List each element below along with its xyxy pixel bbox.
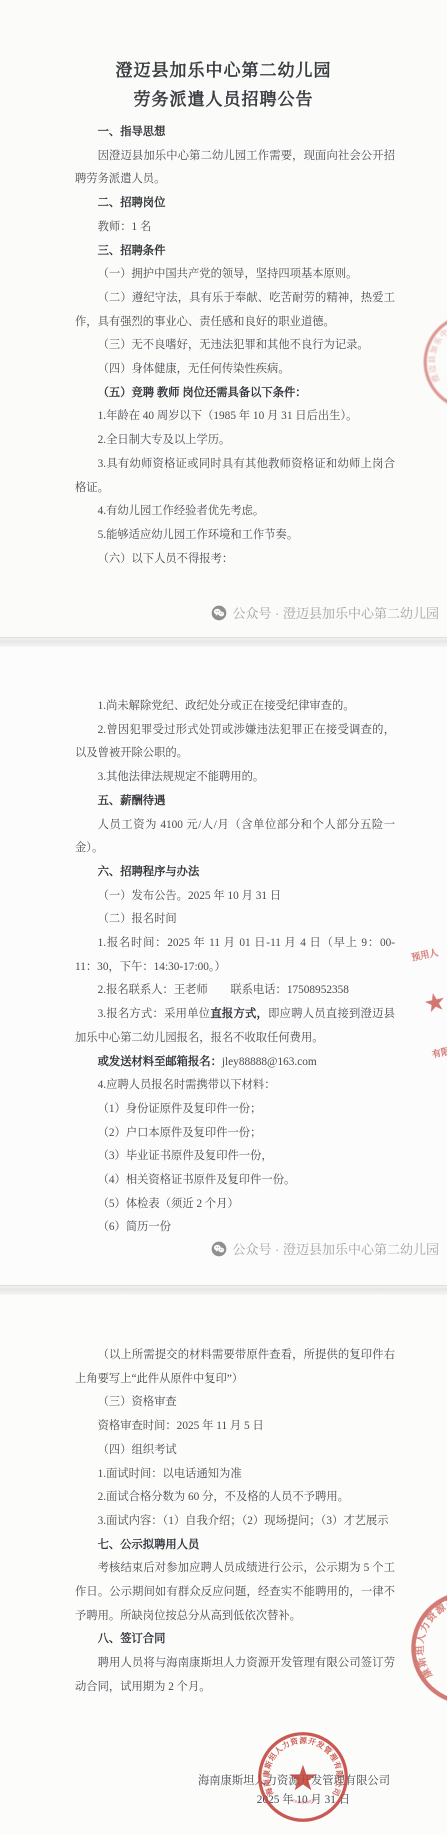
signature-date: 2025 年 10 月 31 日 bbox=[257, 1788, 350, 1812]
paragraph: （1）身份证原件及复印件一份； bbox=[75, 1098, 395, 1122]
page-1-content: 一、指导思想因澄迈县加乐中心第二幼儿园工作需要，现面向社会公开招聘劳务派遣人员。… bbox=[75, 121, 395, 571]
paragraph: （二）报名时间 bbox=[75, 908, 395, 932]
paragraph: （一）拥护中国共产党的领导，坚持四项基本原则。 bbox=[75, 263, 395, 287]
wechat-icon bbox=[211, 605, 227, 621]
svg-text:康斯坦人力资源开发管理有限公司: 康斯坦人力资源开发管理有限公司 bbox=[406, 1586, 447, 1682]
section-heading: 二、招聘岗位 bbox=[75, 192, 395, 216]
page-3: （以上所需提交的材料需要带原件查看，所提供的复印件右上角要写上“此件从原件中复印… bbox=[0, 1295, 447, 1835]
document-title: 澄迈县加乐中心第二幼儿园 劳务派遣人员招聘公告 bbox=[0, 0, 447, 114]
partial-seal-icon: 康斯坦人力资源开发管理有限公司 bbox=[398, 1578, 447, 1718]
page-break bbox=[0, 637, 447, 647]
paragraph: （一）发布公告。2025 年 10 月 31 日 bbox=[75, 885, 395, 909]
watermark-text: 公众号 · 澄迈县加乐中心第二幼儿园 bbox=[232, 1239, 439, 1258]
paragraph: （四）组织考试 bbox=[75, 1439, 395, 1463]
recruitment-announcement-document: 澄迈县加乐中心第二幼儿园 劳务派遣人员招聘公告 一、指导思想因澄迈县加乐中心第二… bbox=[0, 0, 447, 1835]
paragraph: 3.具有幼师资格证或同时具有其他教师资格证和幼师上岗合格证。 bbox=[75, 453, 395, 500]
section-heading: 五、薪酬待遇 bbox=[75, 790, 395, 814]
paragraph: （四）身体健康，无任何传染性疾病。 bbox=[75, 358, 395, 382]
star-icon: ★ bbox=[423, 991, 446, 1015]
paragraph: 5.能够适应幼儿园工作环境和工作节奏。 bbox=[75, 524, 395, 548]
page-2-content: 1.尚未解除党纪、政纪处分或正在接受纪律审查的。2.曾因犯罪受过形式处罚或涉嫌违… bbox=[75, 647, 395, 1240]
paragraph: （5）体检表（须近 2 个月） bbox=[75, 1193, 395, 1217]
paragraph: 教师：1 名 bbox=[75, 216, 395, 240]
paragraph: 人员工资为 4100 元/人/月（含单位部分和个人部分五险一金）。 bbox=[75, 814, 395, 861]
watermark-page-2: 公众号 · 澄迈县加乐中心第二幼儿园 bbox=[211, 1239, 439, 1258]
partial-seal-icon: 澄迈县加乐中心第二幼儿园 bbox=[420, 310, 447, 414]
paragraph: 2.报名联系人：王老师 联系电话：17508952358 bbox=[75, 979, 395, 1003]
section-heading: 六、招聘程序与办法 bbox=[75, 861, 395, 885]
paragraph: 或发送材料至邮箱报名：jley88888@163.com bbox=[75, 1051, 395, 1075]
paragraph: 2.全日制大专及以上学历。 bbox=[75, 429, 395, 453]
page-1: 澄迈县加乐中心第二幼儿园 劳务派遣人员招聘公告 一、指导思想因澄迈县加乐中心第二… bbox=[0, 0, 447, 637]
paragraph: （二）遵纪守法，具有乐于奉献、吃苦耐劳的精神，热爱工作，具有强烈的事业心、责任感… bbox=[75, 287, 395, 334]
paragraph: （以上所需提交的材料需要带原件查看，所提供的复印件右上角要写上“此件从原件中复印… bbox=[75, 1344, 395, 1391]
paragraph: 资格审查时间：2025 年 11 月 5 日 bbox=[75, 1415, 395, 1439]
watermark-text: 公众号 · 澄迈县加乐中心第二幼儿园 bbox=[232, 603, 439, 622]
page-2: 1.尚未解除党纪、政纪处分或正在接受纪律审查的。2.曾因犯罪受过形式处罚或涉嫌违… bbox=[0, 647, 447, 1285]
section-heading: 七、公示拟聘用人员 bbox=[75, 1534, 395, 1558]
section-heading: 一、指导思想 bbox=[75, 121, 395, 145]
paragraph: 1.尚未解除党纪、政纪处分或正在接受纪律审查的。 bbox=[75, 695, 395, 719]
section-heading: 八、签订合同 bbox=[75, 1628, 395, 1652]
watermark-page-1: 公众号 · 澄迈县加乐中心第二幼儿园 bbox=[211, 603, 439, 622]
paragraph: （六）以下人员不得报考： bbox=[75, 548, 395, 572]
paragraph: 1.年龄在 40 周岁以下（1985 年 10 月 31 日后出生）。 bbox=[75, 405, 395, 429]
paragraph: 1.报名时间：2025 年 11 月 01 日-11 月 4 日（早上 9：00… bbox=[75, 932, 395, 979]
seal-ring-text: 康斯坦人力资源开发管理有限公司 bbox=[406, 1586, 447, 1682]
paragraph: 3.报名方式：采用单位直报方式，即应聘人员直接到澄迈县加乐中心第二幼儿园报名，报… bbox=[75, 1003, 395, 1050]
partial-seal-icon: 预用人 ★ 有限公 bbox=[404, 944, 447, 1062]
seal-ring-text: 澄迈县加乐中心第二幼儿园 bbox=[427, 317, 447, 384]
paragraph: 考核结束后对参加应聘人员成绩进行公示，公示期为 5 个工作日。公示期间如有群众反… bbox=[75, 1557, 395, 1628]
paragraph: 1.面试时间：以电话通知为准 bbox=[75, 1463, 395, 1487]
paragraph: 2.面试合格分数为 60 分，不及格的人员不予聘用。 bbox=[75, 1486, 395, 1510]
seal-text-fragment: 预用人 bbox=[410, 945, 439, 963]
paragraph: （6）简历一份 bbox=[75, 1216, 395, 1240]
paragraph: 2.曾因犯罪受过形式处罚或涉嫌违法犯罪正在接受调查的，以及曾被开除公职的。 bbox=[75, 719, 395, 766]
paragraph: （3）毕业证书原件及复印件一份， bbox=[75, 1145, 395, 1169]
title-line-1: 澄迈县加乐中心第二幼儿园 bbox=[0, 56, 447, 85]
paragraph: 3.其他法律法规规定不能聘用的。 bbox=[75, 766, 395, 790]
paragraph: 3.面试内容：（1）自我介绍；（2）现场提问；（3）才艺展示 bbox=[75, 1510, 395, 1534]
paragraph: 4.有幼儿园工作经验者优先考虑。 bbox=[75, 500, 395, 524]
paragraph: （五）竞聘 教师 岗位还需具备以下条件： bbox=[75, 382, 395, 406]
page-3-content: （以上所需提交的材料需要带原件查看，所提供的复印件右上角要写上“此件从原件中复印… bbox=[75, 1295, 395, 1700]
section-heading: 三、招聘条件 bbox=[75, 240, 395, 264]
paragraph: 因澄迈县加乐中心第二幼儿园工作需要，现面向社会公开招聘劳务派遣人员。 bbox=[75, 145, 395, 192]
wechat-icon bbox=[211, 1241, 227, 1257]
seal-text-fragment: 有限公 bbox=[431, 1042, 447, 1060]
paragraph: （4）相关资格证书原件及复印件一份。 bbox=[75, 1169, 395, 1193]
page-break bbox=[0, 1285, 447, 1295]
paragraph: 4.应聘人员报名时需携带以下材料： bbox=[75, 1074, 395, 1098]
paragraph: 聘用人员将与海南康斯坦人力资源开发管理有限公司签订劳动合同，试用期为 2 个月。 bbox=[75, 1652, 395, 1699]
title-line-2: 劳务派遣人员招聘公告 bbox=[0, 85, 447, 114]
svg-text:澄迈县加乐中心第二幼儿园: 澄迈县加乐中心第二幼儿园 bbox=[427, 317, 447, 384]
paragraph: （三）无不良嗜好，无违法犯罪和其他不良行为记录。 bbox=[75, 334, 395, 358]
paragraph: （三）资格审查 bbox=[75, 1391, 395, 1415]
paragraph: （2）户口本原件及复印件一份； bbox=[75, 1122, 395, 1146]
